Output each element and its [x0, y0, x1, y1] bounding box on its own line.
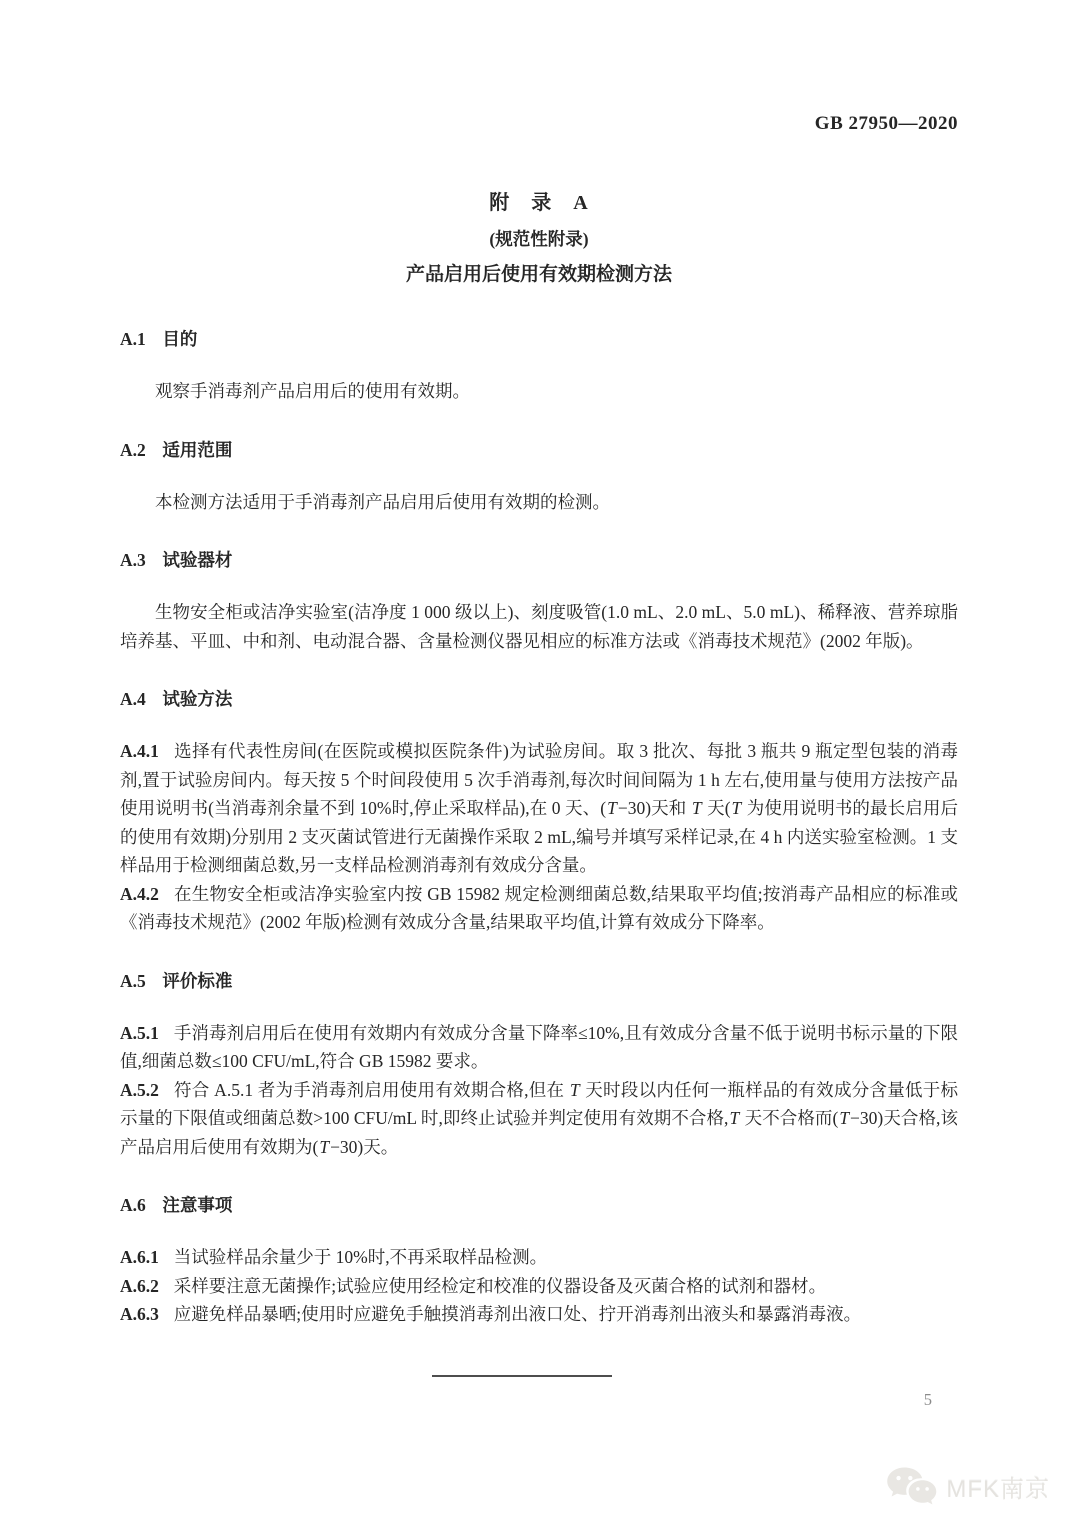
end-of-appendix-rule — [432, 1375, 612, 1377]
appendix-label: 附 录 A — [120, 190, 958, 216]
appendix-subtitle: (规范性附录) — [120, 227, 958, 251]
clause-a61: A.6.1当试验样品余量少于 10%时,不再采取样品检测。 — [120, 1243, 958, 1272]
watermark-text: MFK南京 — [946, 1469, 1050, 1504]
section-number: A.5 — [120, 971, 146, 991]
section-heading-a5: A.5评价标准 — [120, 967, 958, 995]
section-heading-a3: A.3试验器材 — [120, 546, 958, 574]
clause-text: 在生物安全柜或洁净实验室内按 GB 15982 规定检测细菌总数,结果取平均值;… — [120, 884, 958, 933]
clause-text: 应避免样品暴晒;使用时应避免手触摸消毒剂出液口处、拧开消毒剂出液头和暴露消毒液。 — [174, 1304, 861, 1324]
paragraph: 本检测方法适用于手消毒剂产品启用后使用有效期的检测。 — [120, 488, 958, 517]
clause-text: 手消毒剂启用后在使用有效期内有效成分含量下降率≤10%,且有效成分含量不低于说明… — [120, 1023, 958, 1072]
clause-number: A.5.1 — [120, 1023, 159, 1043]
clause-number: A.4.1 — [120, 741, 159, 761]
section-number: A.3 — [120, 550, 146, 570]
clause-a51: A.5.1手消毒剂启用后在使用有效期内有效成分含量下降率≤10%,且有效成分含量… — [120, 1019, 958, 1076]
page-number: 5 — [924, 1390, 932, 1410]
clause-a41: A.4.1选择有代表性房间(在医院或模拟医院条件)为试验房间。取 3 批次、每批… — [120, 737, 958, 880]
section-title: 评价标准 — [162, 971, 232, 991]
clause-text: 当试验样品余量少于 10%时,不再采取样品检测。 — [174, 1247, 547, 1267]
clause-number: A.5.2 — [120, 1080, 159, 1100]
watermark: MFK南京 — [885, 1465, 1050, 1507]
paragraph: 生物安全柜或洁净实验室(洁净度 1 000 级以上)、刻度吸管(1.0 mL、2… — [120, 598, 958, 655]
appendix-name: 产品启用后使用有效期检测方法 — [120, 262, 958, 287]
standard-number: GB 27950—2020 — [120, 112, 958, 136]
page-content: GB 27950—2020 附 录 A (规范性附录) 产品启用后使用有效期检测… — [0, 0, 1080, 1377]
section-title: 试验方法 — [162, 689, 232, 709]
clause-a62: A.6.2采样要注意无菌操作;试验应使用经检定和校准的仪器设备及灭菌合格的试剂和… — [120, 1272, 958, 1301]
clause-number: A.6.2 — [120, 1276, 159, 1296]
section-title: 适用范围 — [162, 440, 232, 460]
section-title: 试验器材 — [162, 550, 232, 570]
section-number: A.1 — [120, 329, 146, 349]
clause-text: 符合 A.5.1 者为手消毒剂启用使用有效期合格,但在 T 天时段以内任何一瓶样… — [120, 1080, 958, 1157]
paragraph-text: 本检测方法适用于手消毒剂产品启用后使用有效期的检测。 — [155, 492, 610, 512]
clause-text: 采样要注意无菌操作;试验应使用经检定和校准的仪器设备及灭菌合格的试剂和器材。 — [174, 1276, 826, 1296]
clause-a52: A.5.2符合 A.5.1 者为手消毒剂启用使用有效期合格,但在 T 天时段以内… — [120, 1076, 958, 1162]
clause-text: 选择有代表性房间(在医院或模拟医院条件)为试验房间。取 3 批次、每批 3 瓶共… — [120, 741, 958, 875]
clause-a42: A.4.2在生物安全柜或洁净实验室内按 GB 15982 规定检测细菌总数,结果… — [120, 880, 958, 937]
scanned-standard-page: { "doc": { "doc_number": "GB 27950—2020"… — [0, 0, 1080, 1527]
clause-number: A.6.1 — [120, 1247, 159, 1267]
clause-number: A.6.3 — [120, 1304, 159, 1324]
paragraph-text: 观察手消毒剂产品启用后的使用有效期。 — [155, 381, 470, 401]
appendix-title-block: 附 录 A (规范性附录) 产品启用后使用有效期检测方法 — [120, 190, 958, 287]
clause-number: A.4.2 — [120, 884, 159, 904]
section-number: A.4 — [120, 689, 146, 709]
wechat-icon — [885, 1465, 939, 1507]
section-title: 目的 — [162, 329, 197, 349]
paragraph: 观察手消毒剂产品启用后的使用有效期。 — [120, 377, 958, 406]
section-heading-a4: A.4试验方法 — [120, 685, 958, 713]
section-number: A.2 — [120, 440, 146, 460]
section-title: 注意事项 — [162, 1195, 232, 1215]
paragraph-text: 生物安全柜或洁净实验室(洁净度 1 000 级以上)、刻度吸管(1.0 mL、2… — [120, 602, 958, 651]
section-heading-a2: A.2适用范围 — [120, 436, 958, 464]
section-number: A.6 — [120, 1195, 146, 1215]
section-heading-a6: A.6注意事项 — [120, 1191, 958, 1219]
clause-a63: A.6.3应避免样品暴晒;使用时应避免手触摸消毒剂出液口处、拧开消毒剂出液头和暴… — [120, 1300, 958, 1329]
section-heading-a1: A.1目的 — [120, 325, 958, 353]
